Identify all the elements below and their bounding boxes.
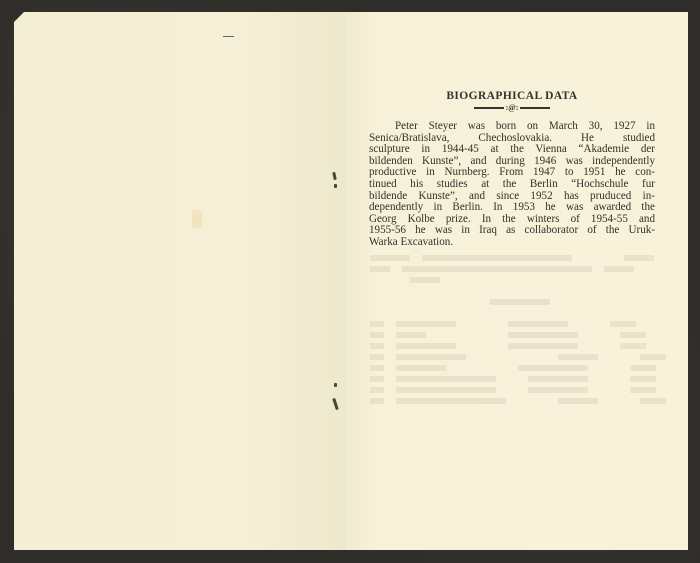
paper-smudge xyxy=(192,210,202,228)
biography-section: BIOGRAPHICAL DATA :@: Peter Steyer was b… xyxy=(369,90,655,249)
heading-ornament: :@: xyxy=(369,103,655,113)
biography-paragraph: Peter Steyer was born on March 30, 1927 … xyxy=(369,121,655,249)
ornament-rule-right xyxy=(520,107,550,109)
staple-bottom-end-icon xyxy=(334,383,337,387)
paragraph-line: dependently in Berlin. In 1953 he was aw… xyxy=(369,202,655,214)
paragraph-line: Warka Excavation. xyxy=(369,237,655,249)
spine-fold xyxy=(347,12,350,550)
ornament-flourish-icon: :@: xyxy=(506,104,519,112)
section-heading: BIOGRAPHICAL DATA xyxy=(369,90,655,102)
ornament-rule-left xyxy=(474,107,504,109)
staple-top-end-icon xyxy=(334,184,337,188)
pencil-mark xyxy=(223,36,234,37)
paragraph-line: tinued his studies at the Berlin “Hochsc… xyxy=(369,179,655,191)
left-page xyxy=(14,12,348,550)
paragraph-line: Peter Steyer was born on March 30, 1927 … xyxy=(369,121,655,133)
